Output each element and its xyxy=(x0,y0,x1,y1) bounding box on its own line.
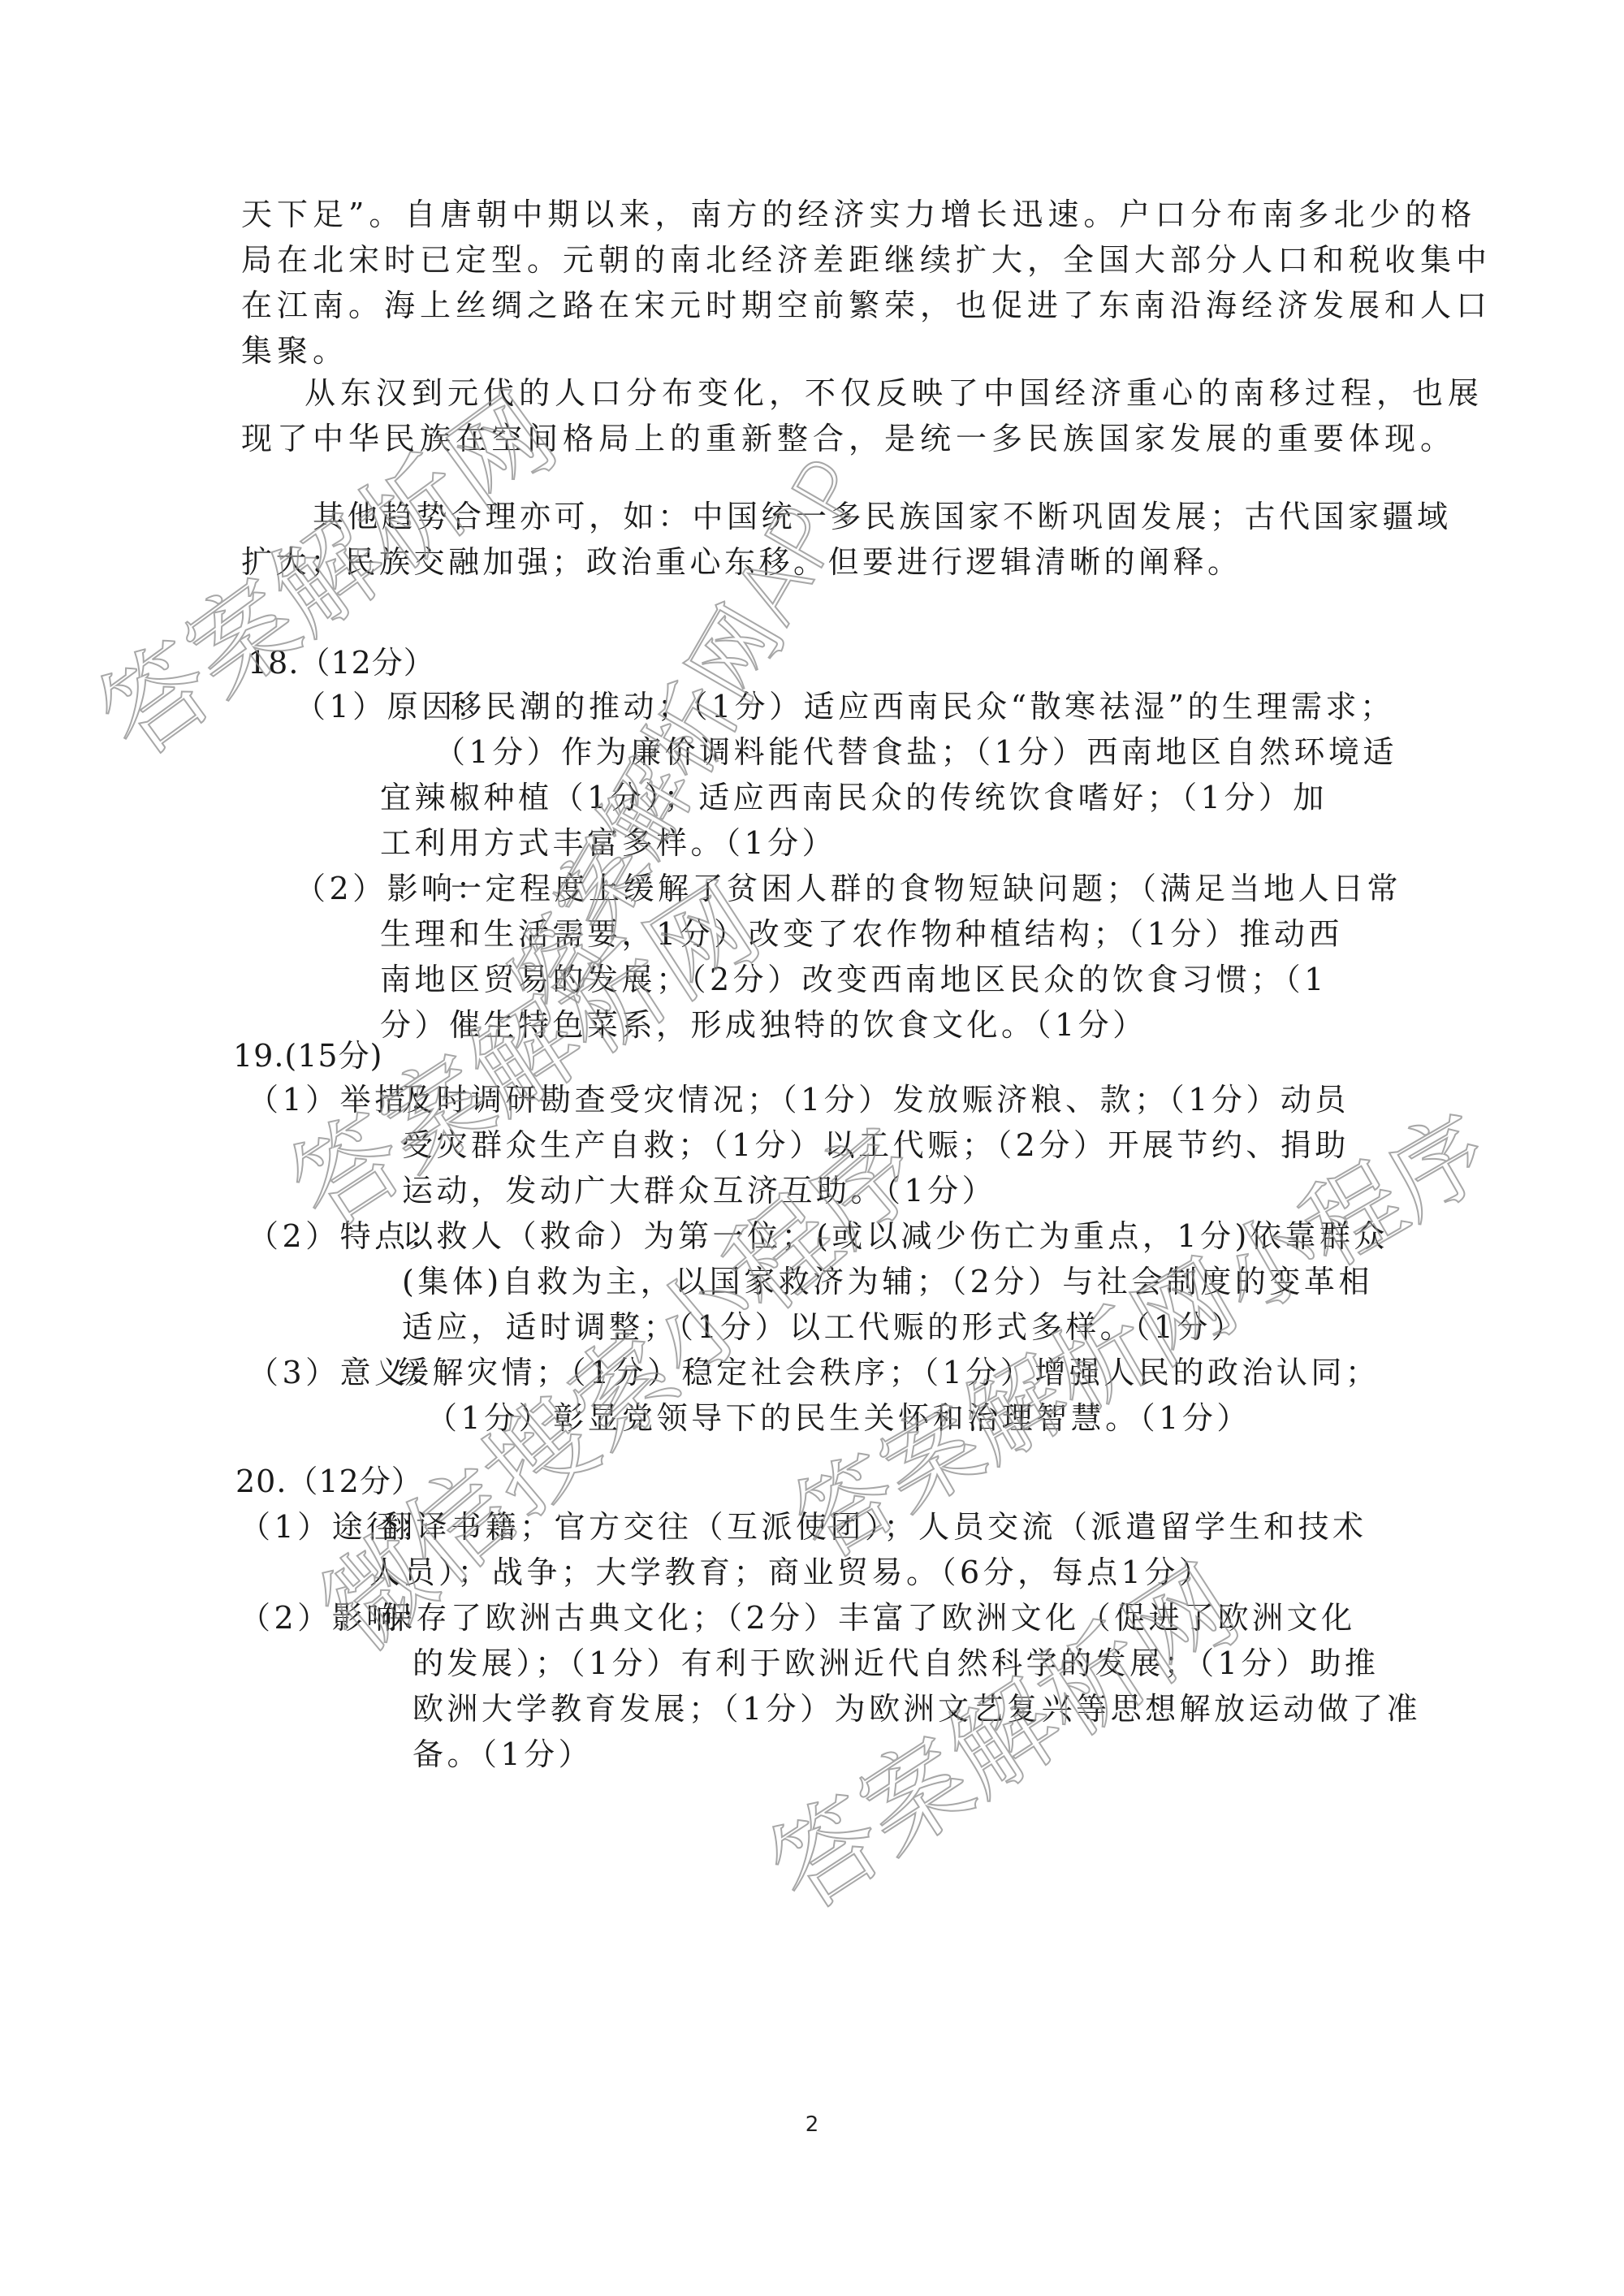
summary-line-2: 现了中华民族在空间格局上的重新整合，是统一多民族国家发展的重要体现。 xyxy=(241,419,1456,458)
q19-part2-line-1: 以救人（救命）为第一位；(或以减少伤亡为重点，1分)依靠群众 xyxy=(402,1217,1389,1256)
q19-part3-line-2: （1分）彰显党领导下的民生关怀和治理智慧。（1分） xyxy=(426,1399,1251,1438)
q18-part1-line-1: 移民潮的推动；（1分）适应西南民众“散寒祛湿”的生理需求； xyxy=(451,687,1395,726)
document-page: 天下足”。自唐朝中期以来，南方的经济实力增长迅速。户口分布南多北少的格 局在北宋… xyxy=(0,0,1624,2296)
intro-line-3: 在江南。海上丝绸之路在宋元时期空前繁荣，也促进了东南沿海经济发展和人口 xyxy=(241,286,1492,325)
q19-part1-line-1: 及时调研勘查受灾情况；（1分）发放赈济粮、款；（1分）动员 xyxy=(402,1080,1350,1119)
intro-line-1: 天下足”。自唐朝中期以来，南方的经济实力增长迅速。户口分布南多北少的格 xyxy=(241,195,1476,234)
q18-part2-line-1: 一定程度上缓解了贫困人群的食物短缺问题；（满足当地人日常 xyxy=(451,869,1402,908)
other-trends-line-2: 扩大；民族交融加强；政治重心东移。但要进行逻辑清晰的阐释。 xyxy=(241,543,1242,582)
q19-part3-line-1: 缓解灾情；（1分）稳定社会秩序；（1分）增强人民的政治认同； xyxy=(398,1353,1380,1392)
q20-part1-line-2: 人员）；战争；大学教育；商业贸易。（6分，每点1分） xyxy=(369,1553,1213,1592)
question-19-heading: 19.(15分) xyxy=(233,1036,382,1075)
intro-line-2: 局在北宋时已定型。元朝的南北经济差距继续扩大，全国大部分人口和税收集中 xyxy=(241,240,1492,279)
question-18-heading: 18.（12分） xyxy=(248,643,435,682)
q18-part1-line-4: 工利用方式丰富多样。（1分） xyxy=(380,824,836,863)
question-20-heading: 20.（12分） xyxy=(235,1462,423,1501)
q19-part1-line-2: 受灾群众生产自救；（1分）以工代赈；（2分）开展节约、捐助 xyxy=(402,1126,1350,1165)
page-number: 2 xyxy=(0,2112,1624,2137)
other-trends-line-1: 其他趋势合理亦可，如：中国统一多民族国家不断巩固发展；古代国家疆域 xyxy=(313,497,1452,536)
q18-part1-line-2: （1分）作为廉价调料能代替食盐；（1分）西南地区自然环境适 xyxy=(434,733,1397,772)
q18-part1-line-3: 宜辣椒种植（1分）；适应西南民众的传统饮食嗜好；（1分）加 xyxy=(380,778,1328,817)
q20-part2-line-1: 保存了欧洲古典文化；（2分）丰富了欧洲文化（促进了欧洲文化 xyxy=(382,1598,1356,1637)
q19-part1-line-3: 运动，发动广大群众互济互助。（1分） xyxy=(402,1171,996,1210)
q20-part2-line-4: 备。（1分） xyxy=(412,1735,593,1774)
q18-part2-line-3: 南地区贸易的发展；（2分）改变西南地区民众的饮食习惯；（1 xyxy=(380,960,1328,999)
q20-part2-line-3: 欧洲大学教育发展；（1分）为欧洲文艺复兴等思想解放运动做了准 xyxy=(412,1689,1421,1728)
q18-part2-line-2: 生理和生活需要，1分）改变了农作物种植结构；（1分）推动西 xyxy=(380,915,1343,953)
q19-part2-line-2: (集体)自救为主，以国家救济为辅；（2分）与社会制度的变革相 xyxy=(402,1262,1373,1301)
q20-part2-line-2: 的发展）；（1分）有利于欧洲近代自然科学的发展；（1分）助推 xyxy=(412,1644,1379,1683)
summary-line-1: 从东汉到元代的人口分布变化，不仅反映了中国经济重心的南移过程，也展 xyxy=(304,374,1484,413)
intro-line-4: 集聚。 xyxy=(241,331,348,370)
q18-part2-line-4: 分）催生特色菜系，形成独特的饮食文化。（1分） xyxy=(380,1005,1147,1044)
q20-part1-line-1: 翻译书籍；官方交往（互派使团）；人员交流（派遣留学生和技术 xyxy=(382,1507,1367,1546)
q19-part2-line-3: 适应，适时调整；（1分）以工代赈的形式多样。（1分） xyxy=(402,1308,1246,1347)
